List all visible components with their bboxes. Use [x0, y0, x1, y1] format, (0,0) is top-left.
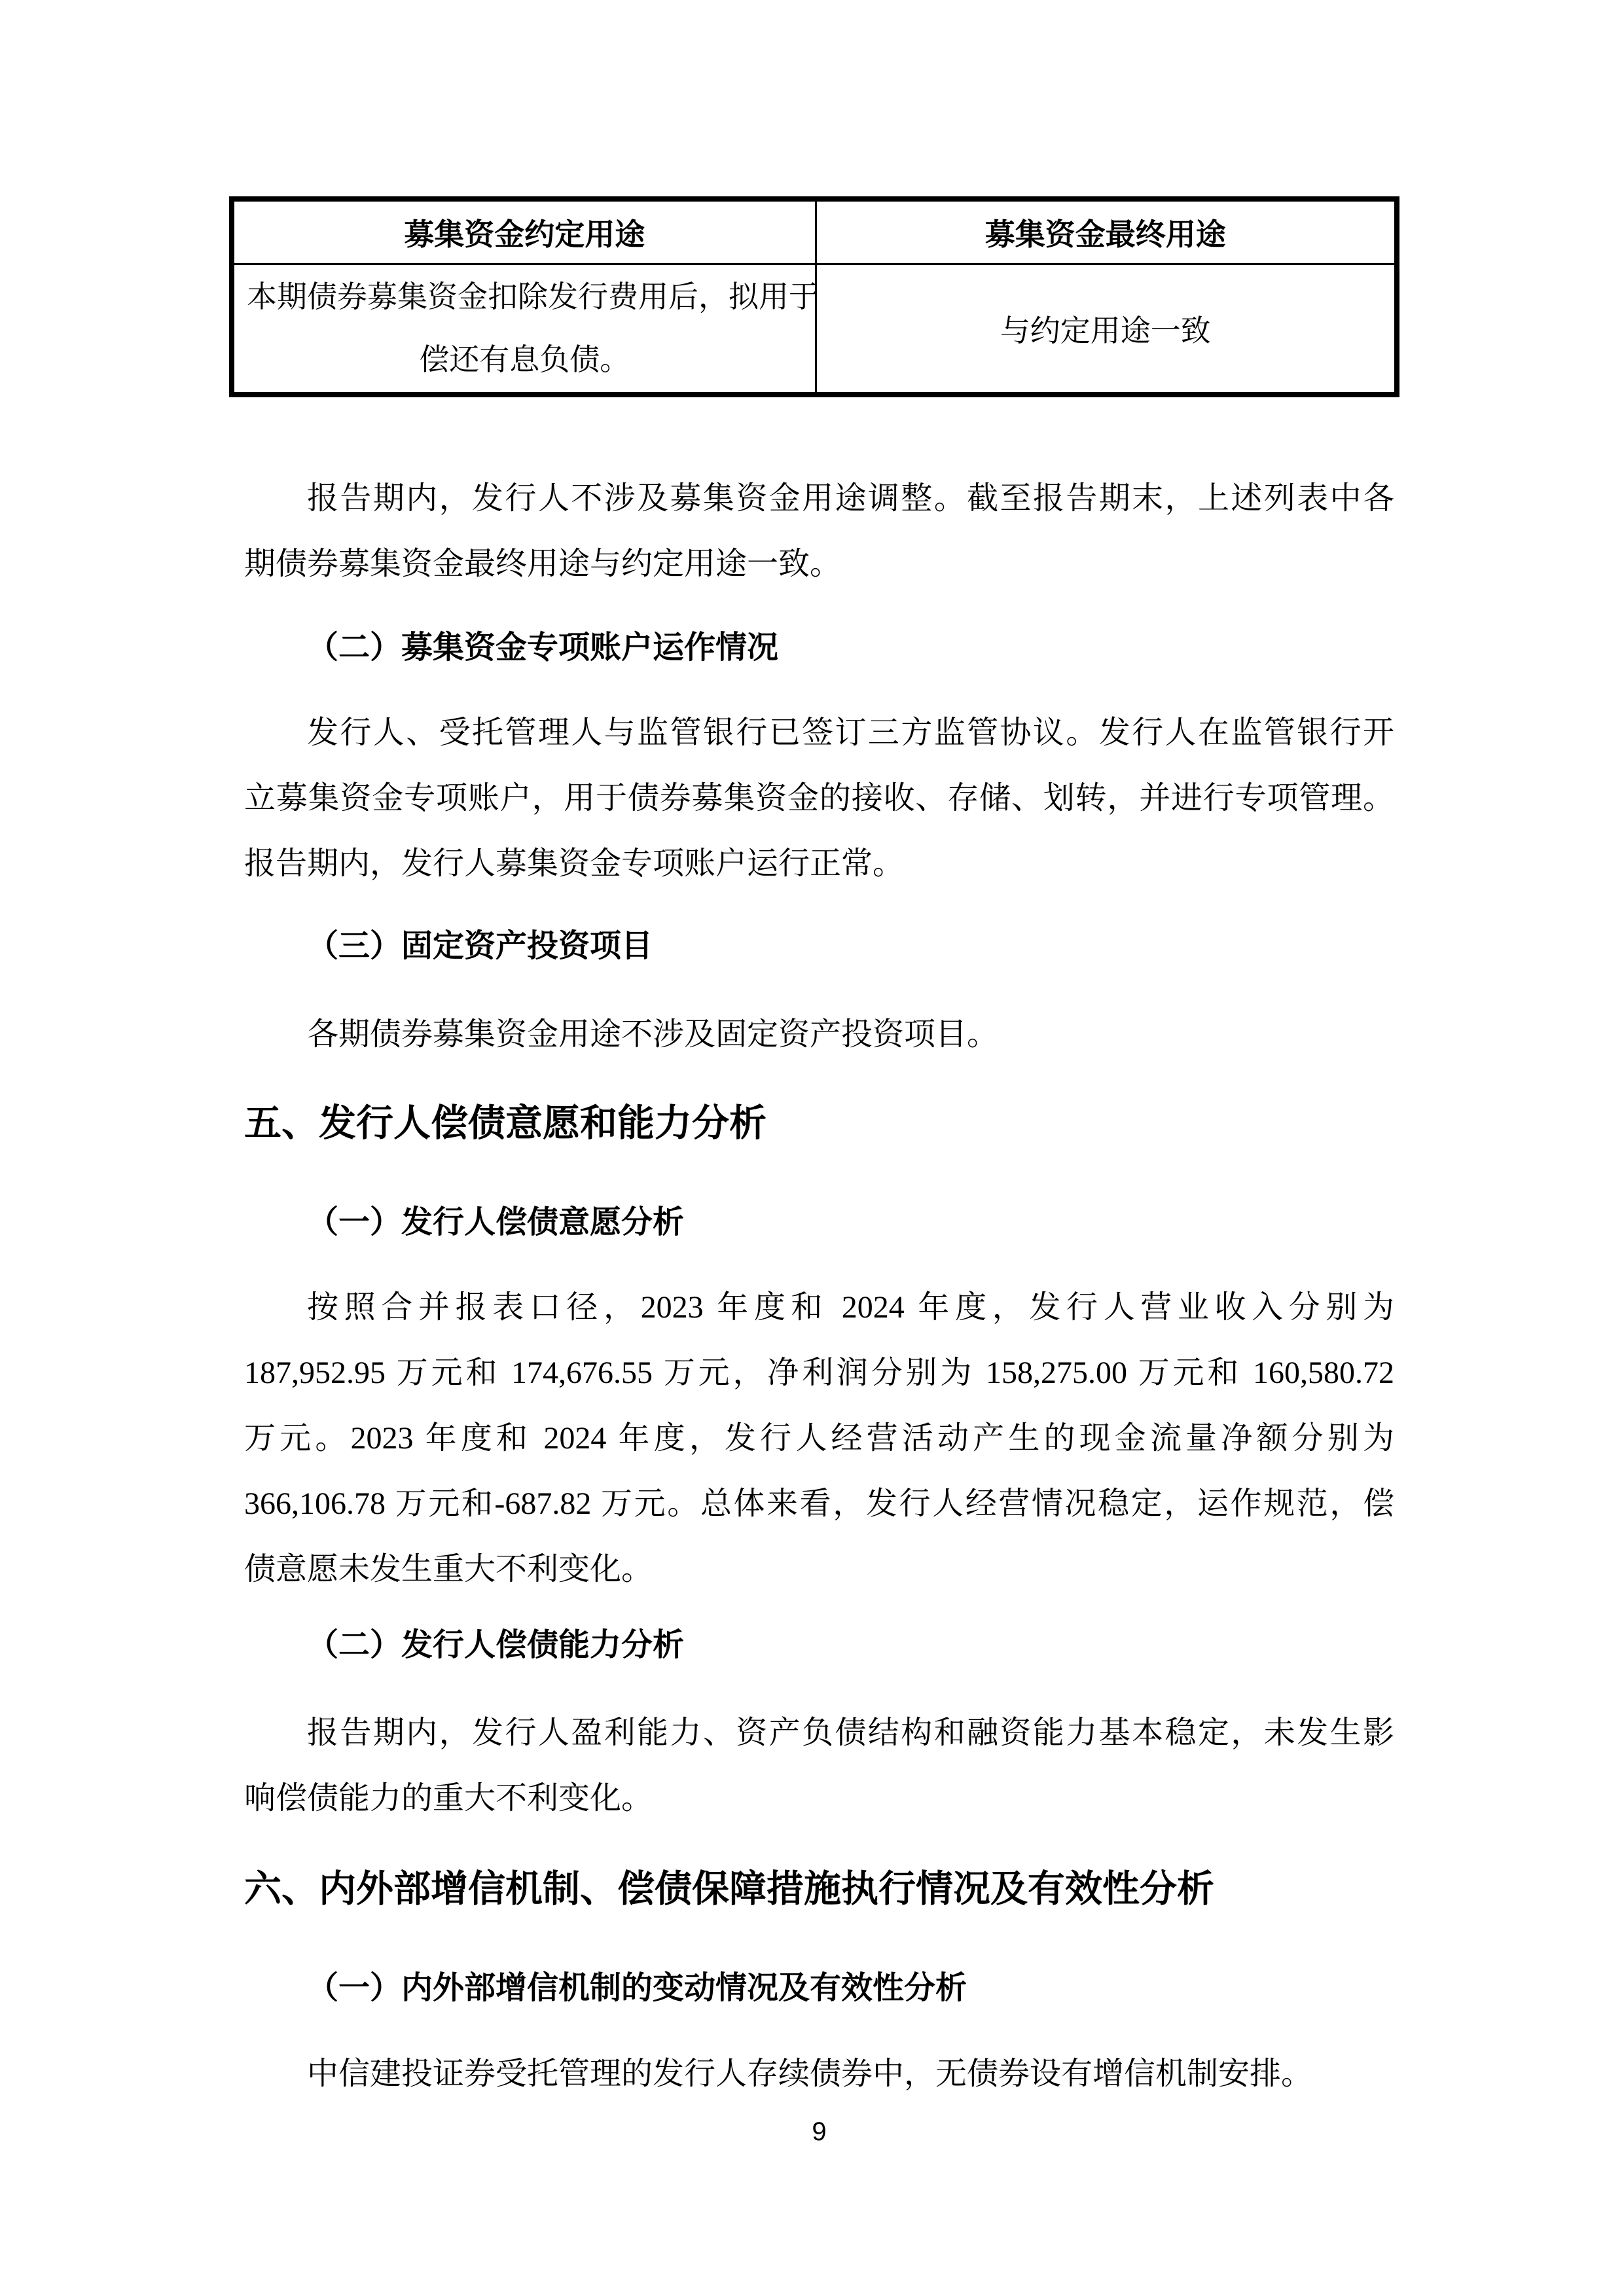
cell-final-usage: 与约定用途一致	[816, 264, 1397, 395]
paragraph-line: 187,952.95 万元和 174,676.55 万元，净利润分别为 158,…	[244, 1340, 1394, 1406]
heading-section-six: 六、内外部增信机制、偿债保障措施执行情况及有效性分析	[244, 1850, 1394, 1929]
heading-credit-enhancement: （一）内外部增信机制的变动情况及有效性分析	[244, 1956, 1394, 2021]
cell-agreed-usage-line2: 偿还有息负债。	[247, 329, 803, 391]
page-number: 9	[244, 2112, 1394, 2151]
paragraph-credit-enhancement: 中信建投证券受托管理的发行人存续债券中，无债券设有增信机制安排。	[244, 2041, 1394, 2107]
paragraph-line: 万元。2023 年度和 2024 年度，发行人经营活动产生的现金流量净额分别为	[244, 1406, 1394, 1471]
table-header-row: 募集资金约定用途 募集资金最终用途	[232, 199, 1397, 264]
paragraph-fixed-assets: 各期债券募集资金用途不涉及固定资产投资项目。	[244, 1002, 1394, 1067]
table-row: 本期债券募集资金扣除发行费用后，拟用于 偿还有息负债。 与约定用途一致	[232, 264, 1397, 395]
paragraph-line: 期债券募集资金最终用途与约定用途一致。	[244, 531, 1394, 597]
paragraph-repayment-willingness: 按照合并报表口径，2023 年度和 2024 年度，发行人营业收入分别为 187…	[244, 1275, 1394, 1602]
table-header-agreed-usage: 募集资金约定用途	[232, 199, 816, 264]
heading-fund-account: （二）募集资金专项账户运作情况	[244, 615, 1394, 681]
paragraph-line: 中信建投证券受托管理的发行人存续债券中，无债券设有增信机制安排。	[244, 2041, 1394, 2107]
paragraph-line: 发行人、受托管理人与监管银行已签订三方监管协议。发行人在监管银行开	[244, 700, 1394, 766]
paragraph-fund-account: 发行人、受托管理人与监管银行已签订三方监管协议。发行人在监管银行开 立募集资金专…	[244, 700, 1394, 897]
table-header-final-usage: 募集资金最终用途	[816, 199, 1397, 264]
document-page: 募集资金约定用途 募集资金最终用途 本期债券募集资金扣除发行费用后，拟用于 偿还…	[0, 0, 1624, 2296]
paragraph-line: 报告期内，发行人不涉及募集资金用途调整。截至报告期末，上述列表中各	[244, 466, 1394, 531]
cell-agreed-usage-line1: 本期债券募集资金扣除发行费用后，拟用于	[247, 266, 803, 329]
fund-usage-table: 募集资金约定用途 募集资金最终用途 本期债券募集资金扣除发行费用后，拟用于 偿还…	[229, 196, 1399, 397]
paragraph-line: 响偿债能力的重大不利变化。	[244, 1766, 1394, 1831]
paragraph-line: 按照合并报表口径，2023 年度和 2024 年度，发行人营业收入分别为	[244, 1275, 1394, 1340]
paragraph-repayment-ability: 报告期内，发行人盈利能力、资产负债结构和融资能力基本稳定，未发生影 响偿债能力的…	[244, 1700, 1394, 1831]
paragraph-usage-adjustment: 报告期内，发行人不涉及募集资金用途调整。截至报告期末，上述列表中各 期债券募集资…	[244, 466, 1394, 597]
heading-section-five: 五、发行人偿债意愿和能力分析	[244, 1085, 1394, 1163]
heading-fixed-assets: （三）固定资产投资项目	[244, 914, 1394, 979]
paragraph-line: 债意愿未发生重大不利变化。	[244, 1537, 1394, 1602]
cell-agreed-usage: 本期债券募集资金扣除发行费用后，拟用于 偿还有息负债。	[232, 264, 816, 395]
paragraph-line: 立募集资金专项账户，用于债券募集资金的接收、存储、划转，并进行专项管理。	[244, 766, 1394, 831]
heading-repayment-willingness: （一）发行人偿债意愿分析	[244, 1190, 1394, 1255]
heading-repayment-ability: （二）发行人偿债能力分析	[244, 1613, 1394, 1678]
paragraph-line: 报告期内，发行人盈利能力、资产负债结构和融资能力基本稳定，未发生影	[244, 1700, 1394, 1766]
paragraph-line: 366,106.78 万元和-687.82 万元。总体来看，发行人经营情况稳定，…	[244, 1471, 1394, 1537]
paragraph-line: 报告期内，发行人募集资金专项账户运行正常。	[244, 831, 1394, 897]
paragraph-line: 各期债券募集资金用途不涉及固定资产投资项目。	[244, 1002, 1394, 1067]
